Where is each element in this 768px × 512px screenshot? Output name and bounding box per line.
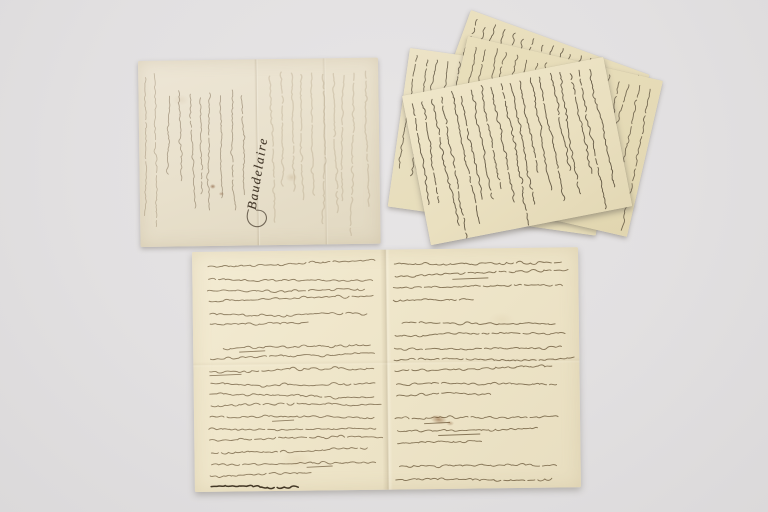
ink-stain	[210, 184, 216, 189]
photo-background: Baudelaire	[0, 0, 768, 512]
ink-stain	[219, 192, 224, 196]
letter-page-with-signature: Baudelaire	[138, 58, 381, 247]
letter-bifolium	[192, 247, 581, 492]
signature-flourish	[242, 203, 272, 233]
